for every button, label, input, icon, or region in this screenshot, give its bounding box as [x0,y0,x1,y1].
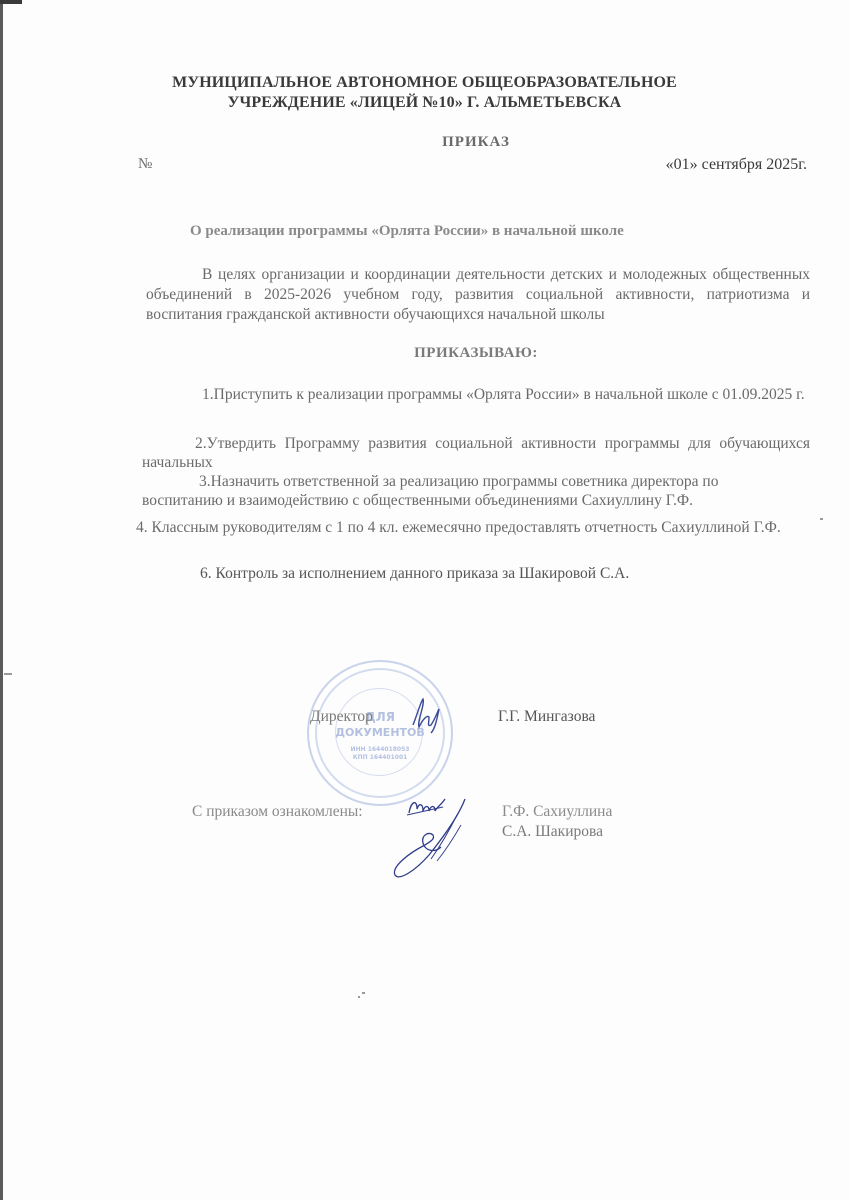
order-item-4: 4. Классным руководителям с 1 по 4 кл. е… [136,518,810,537]
order-item-2: 2.Утвердить Программу развития социально… [142,434,810,472]
acknowledger-name-2: С.А. Шакирова [502,823,603,841]
order-number-label: № [138,156,152,173]
director-signature-icon [405,695,445,735]
director-label: Директор [310,708,373,726]
director-name: Г.Г. Мингазова [498,708,595,726]
order-date: «01» сентября 2025г. [666,156,807,174]
scan-edge-bar [0,0,3,1200]
acknowledger-signature-2-icon [385,795,475,885]
order-directive-word: ПРИКАЗЫВАЮ: [0,345,849,362]
institution-name-line1: МУНИЦИПАЛЬНОЕ АВТОНОМНОЕ ОБЩЕОБРАЗОВАТЕЛ… [0,74,849,92]
order-item-6: 6. Контроль за исполнением данного прика… [200,564,800,583]
scan-speck [358,996,360,998]
order-subject: О реализации программы «Орлята России» в… [190,223,624,240]
stamp-text-line4: КПП 164401001 [309,754,451,761]
order-title: ПРИКАЗ [0,134,849,151]
scan-edge-dash [4,673,12,675]
institution-name-line2: УЧРЕЖДЕНИЕ «ЛИЦЕЙ №10» Г. АЛЬМЕТЬЕВСКА [0,94,849,112]
order-item-3: 3.Назначить ответственной за реализацию … [142,472,782,510]
document-page: МУНИЦИПАЛЬНОЕ АВТОНОМНОЕ ОБЩЕОБРАЗОВАТЕЛ… [0,0,849,1200]
scan-speck [820,518,823,520]
acknowledgement-label: С приказом ознакомлены: [192,803,363,821]
order-item-1: 1.Приступить к реализации программы «Орл… [142,385,810,404]
acknowledger-name-1: Г.Ф. Сахиуллина [502,803,612,821]
scan-corner-mark [0,0,22,4]
stamp-text-line3: ИНН 1644018053 [309,746,451,753]
scan-speck [362,992,365,994]
order-preamble: В целях организации и координации деятел… [146,265,810,325]
